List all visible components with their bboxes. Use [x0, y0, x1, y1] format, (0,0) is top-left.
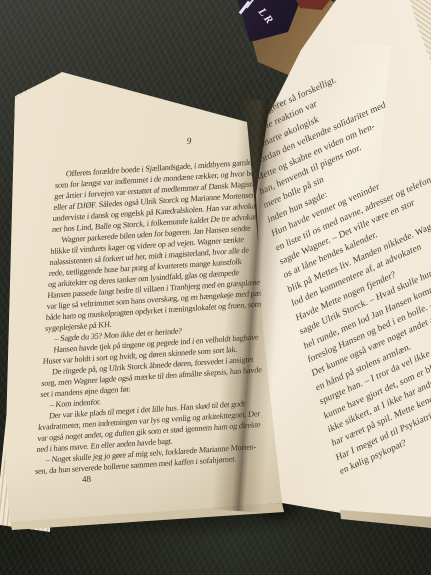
page-number: 48 — [82, 474, 92, 485]
photo-scene: LR 9 Offerets forældre boede i Sjællands… — [0, 0, 431, 575]
